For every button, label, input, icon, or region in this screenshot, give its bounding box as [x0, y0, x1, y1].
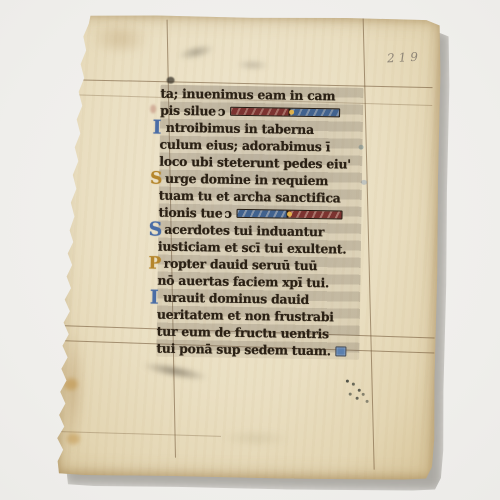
ghost-letter-show-through	[150, 104, 156, 113]
illuminated-initial: S	[149, 171, 163, 185]
smudge-top-left	[172, 39, 220, 65]
folio-number: 219	[387, 50, 423, 66]
photo-background: 219 ta; inuenimus eam in cam pis silueɔ …	[0, 0, 500, 500]
line-text: tui ponā sup sedem tuam.	[156, 340, 331, 360]
faint-inscription-smudge	[212, 427, 298, 448]
illuminated-initial: P	[148, 256, 162, 270]
speckle-cluster	[346, 380, 349, 383]
dark-streak-bottom	[132, 356, 217, 387]
line-filler-blue-square	[336, 346, 347, 356]
line-text: pis silue	[160, 102, 216, 120]
amber-spot-left-edge-2	[67, 433, 80, 444]
pen-flourish: ɔ	[224, 205, 232, 222]
manuscript-line: tui ponā sup sedem tuam.	[156, 340, 359, 360]
amber-spot-left-edge	[64, 378, 78, 390]
illuminated-initial: I	[150, 120, 164, 134]
illuminated-initial: S	[148, 222, 162, 236]
smudge-top-center	[233, 58, 273, 73]
line-filler-blue-gold-red	[237, 209, 343, 220]
ink-spot	[167, 77, 175, 84]
corner-browning-top-left	[85, 19, 156, 58]
illuminated-initial: I	[147, 290, 161, 304]
line-filler-red-gold-blue	[230, 107, 340, 118]
manuscript-leaf: 219 ta; inuenimus eam in cam pis silueɔ …	[54, 13, 441, 481]
text-block: ta; inuenimus eam in cam pis silueɔ Intr…	[156, 85, 363, 360]
line-text: tionis tue	[158, 204, 222, 222]
pen-flourish: ɔ	[218, 103, 226, 120]
